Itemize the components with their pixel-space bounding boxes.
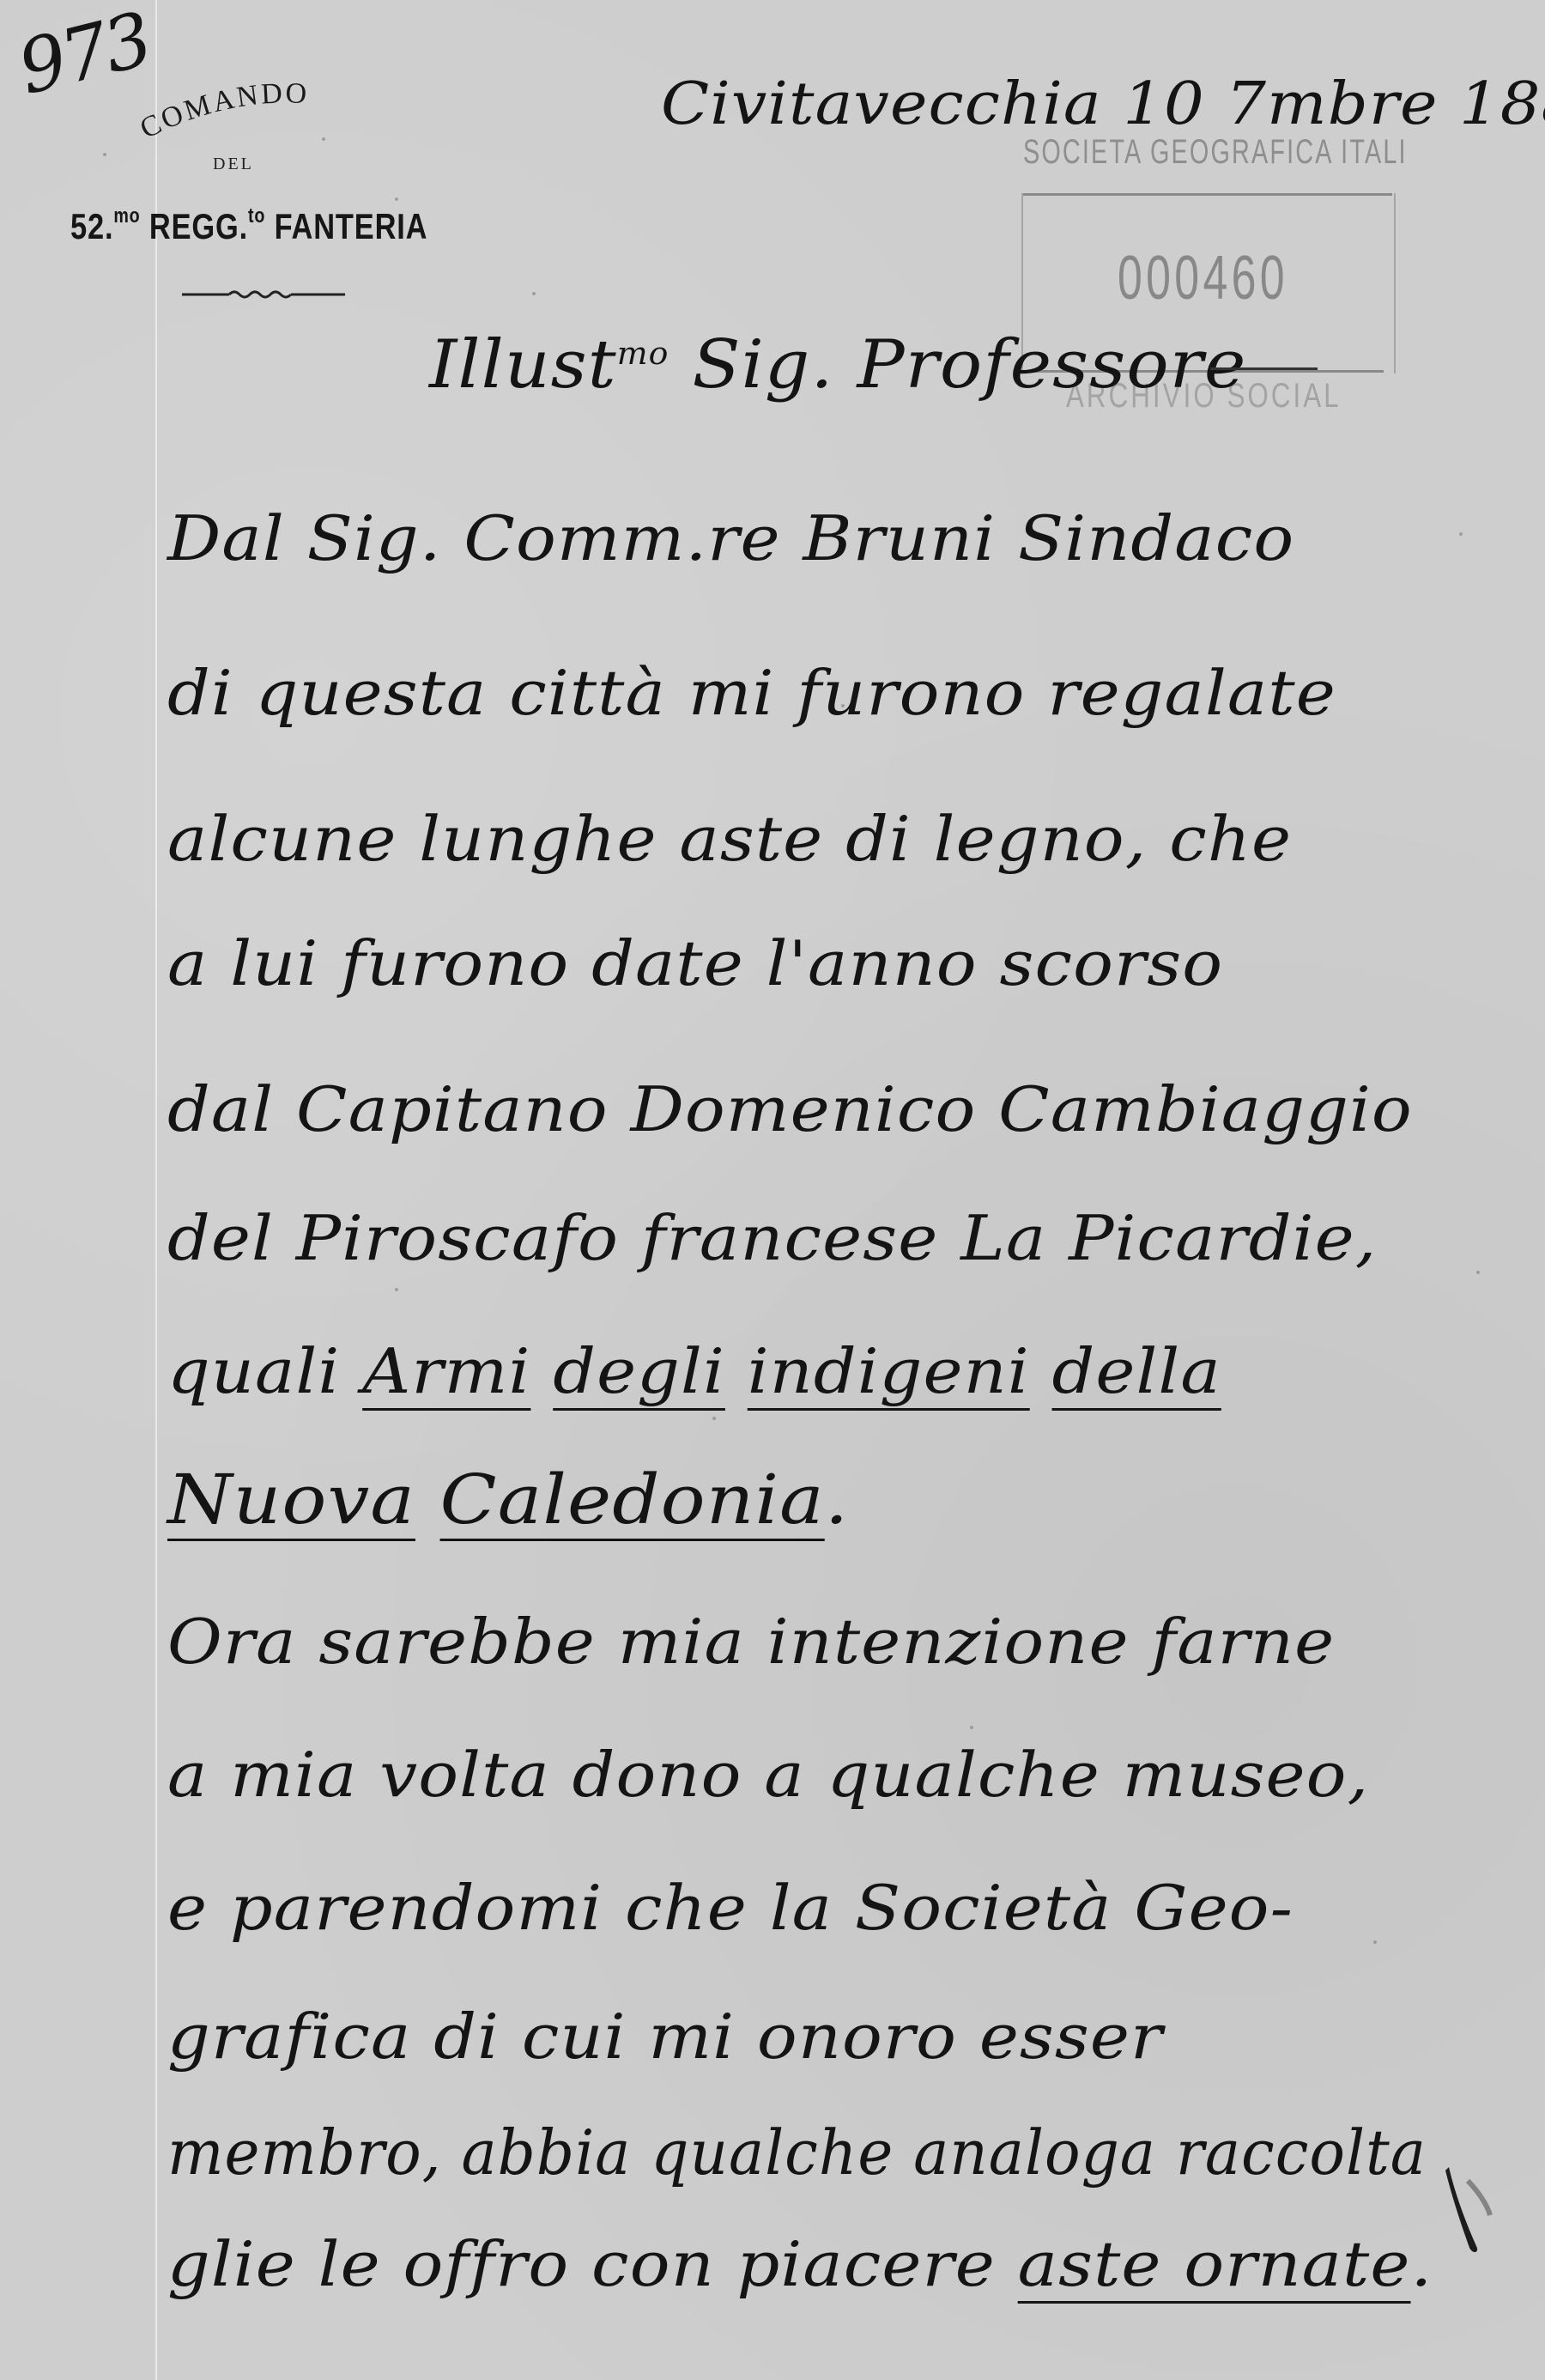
- letterhead-line1: COMANDO: [136, 77, 310, 145]
- letterhead-ornament-icon: [182, 287, 345, 299]
- body-line-13: membro, abbia qualche analoga raccolta: [167, 2116, 1427, 2189]
- line7-seg1: quali: [167, 1335, 362, 1407]
- regiment-name: FANTERIA: [275, 206, 428, 246]
- margin-fold-line: [155, 0, 157, 2380]
- body-line-8: Nuova Caledonia.: [167, 1460, 849, 1539]
- regiment-number: 52.: [70, 206, 113, 246]
- salutation-prefix: Illust: [429, 326, 617, 404]
- letterhead-regiment: 52.mo REGG.to FANTERIA: [70, 206, 427, 247]
- body-line-2: di questa città mi furono regalate: [167, 657, 1336, 729]
- body-line-10: a mia volta dono a qualche museo,: [167, 1739, 1369, 1811]
- line7-space: [1030, 1335, 1052, 1407]
- body-line-9: Ora sarebbe mia intenzione farne: [167, 1606, 1335, 1678]
- line7-della: della: [1052, 1335, 1221, 1407]
- body-line-3: alcune lunghe aste di legno, che: [167, 803, 1292, 875]
- line7-armi: Armi: [362, 1335, 530, 1407]
- dateline: Civitavecchia 10 7mbre 1880: [661, 70, 1545, 138]
- line7-degli: degli: [553, 1335, 725, 1407]
- regiment-abbrev-sup: to: [248, 204, 265, 228]
- stamp-number: 000460: [1118, 243, 1288, 313]
- body-line-14: glie le offro con piacere aste ornate.: [167, 2228, 1433, 2300]
- line8-space: [415, 1460, 440, 1539]
- stamp-rule-top: [1023, 193, 1392, 196]
- salutation-dash: [1210, 367, 1318, 370]
- line7-indigeni: indigeni: [748, 1335, 1030, 1407]
- letterhead-comando: COMANDO: [137, 86, 395, 146]
- ink-blot-icon: [1442, 2164, 1493, 2258]
- salutation: Illustmo Sig. Professore: [429, 326, 1246, 404]
- salutation-rest: Sig. Professore: [669, 326, 1246, 404]
- line14-aste-ornate: aste ornate: [1018, 2228, 1411, 2300]
- line8-caledonia: Caledonia: [440, 1460, 825, 1539]
- salutation-prefix-sup: mo: [617, 337, 669, 372]
- line14-seg1: glie le offro con piacere: [167, 2228, 1018, 2300]
- body-line-7: quali Armi degli indigeni della: [167, 1335, 1221, 1407]
- body-line-5: dal Capitano Domenico Cambiaggio: [167, 1073, 1413, 1145]
- stamp-top-text: SOCIETA GEOGRAFICA ITALI: [1023, 133, 1408, 172]
- line8-period: .: [825, 1460, 850, 1539]
- body-line-11: e parendomi che la Società Geo-: [167, 1872, 1294, 1944]
- regiment-abbrev: REGG.: [149, 206, 248, 246]
- stamp-border-right: [1394, 193, 1396, 373]
- svg-text:COMANDO: COMANDO: [136, 77, 310, 145]
- line8-nuova: Nuova: [167, 1460, 415, 1539]
- body-line-12: grafica di cui mi onoro esser: [167, 2001, 1163, 2073]
- line7-space: [530, 1335, 553, 1407]
- regiment-number-sup: mo: [113, 204, 140, 228]
- line14-period: .: [1410, 2228, 1433, 2300]
- body-line-6: del Piroscafo francese La Picardie,: [167, 1202, 1377, 1274]
- line7-space: [725, 1335, 748, 1407]
- body-line-1: Dal Sig. Comm.re Bruni Sindaco: [167, 502, 1294, 574]
- letterhead-line2: DEL: [213, 155, 254, 174]
- body-line-4: a lui furono date l'anno scorso: [167, 927, 1223, 999]
